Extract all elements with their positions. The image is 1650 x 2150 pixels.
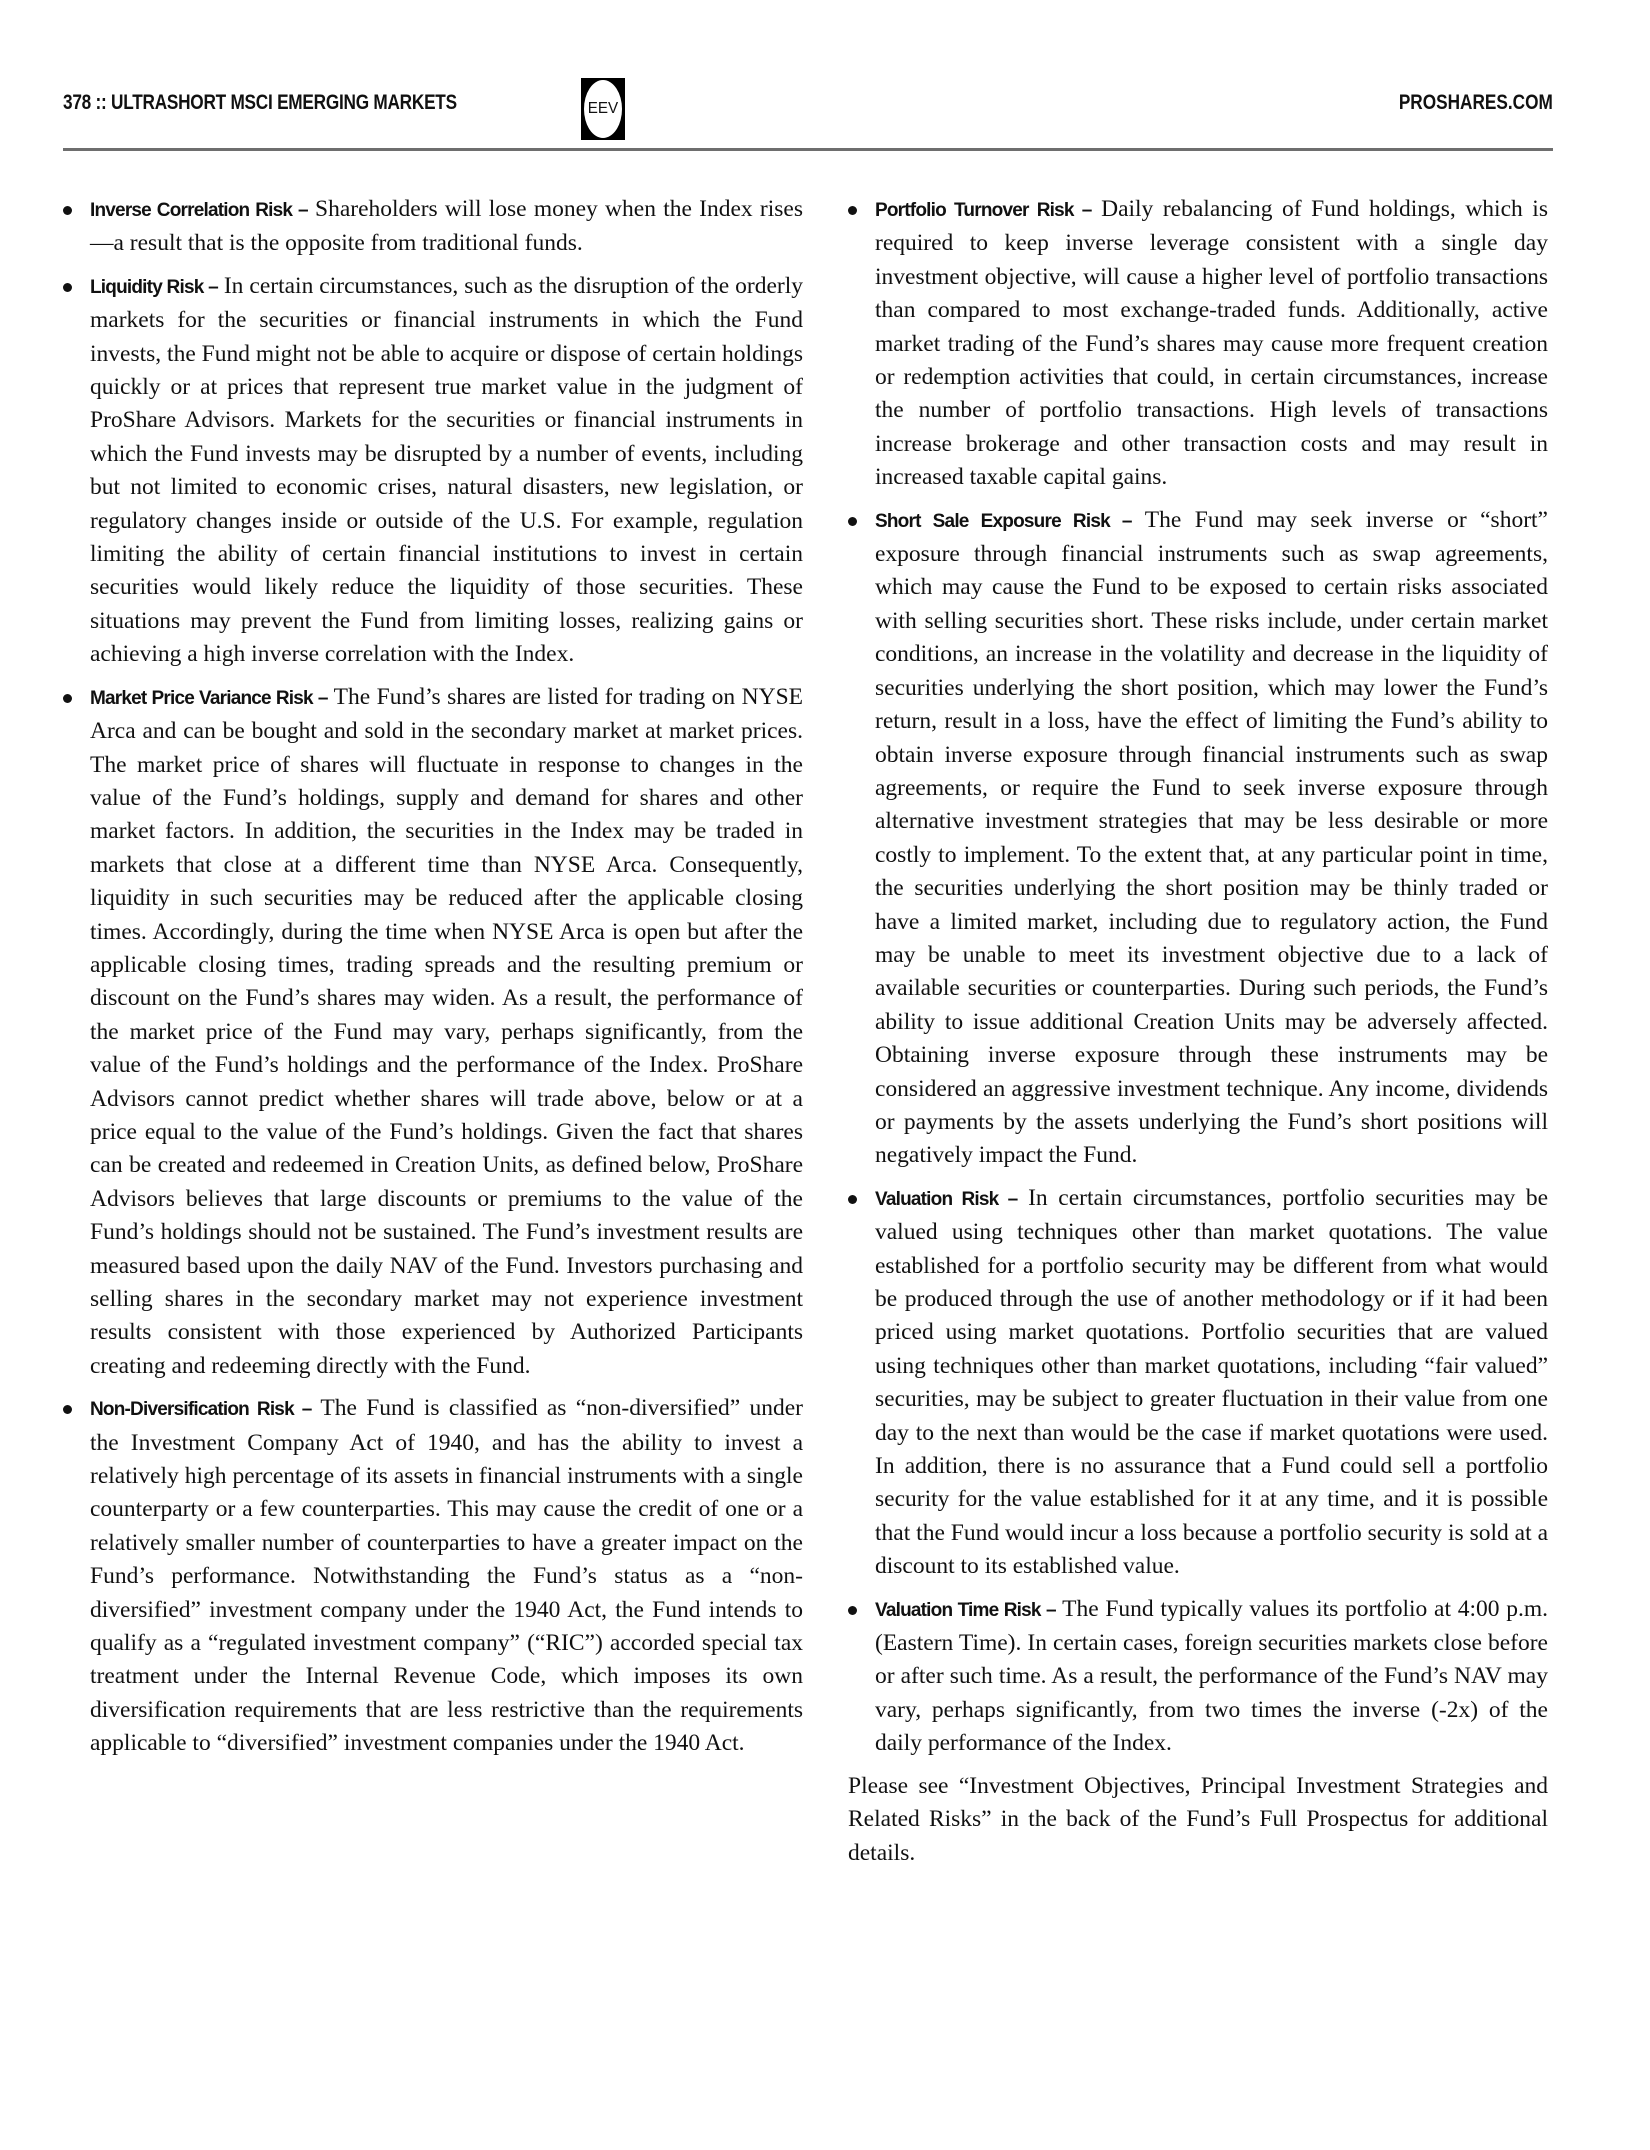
risk-item-liquidity: Liquidity Risk – In certain circumstance… [63, 270, 803, 672]
risk-item-valuation: Valuation Risk – In certain circumstance… [848, 1182, 1548, 1584]
risk-text: The Fund’s shares are listed for trading… [90, 684, 803, 1379]
bullet-icon [848, 517, 857, 526]
bullet-icon [63, 694, 72, 703]
risk-term: Inverse Correlation Risk – [90, 200, 308, 221]
page-title: 378 :: ULTRASHORT MSCI EMERGING MARKETS [63, 91, 457, 115]
header-divider [63, 148, 1553, 151]
closing-note: Please see “Investment Objectives, Princ… [848, 1770, 1548, 1870]
risk-item-valuation-time: Valuation Time Risk – The Fund typically… [848, 1593, 1548, 1761]
risk-text: In certain circumstances, such as the di… [90, 273, 803, 667]
risk-item-market-price-variance: Market Price Variance Risk – The Fund’s … [63, 681, 803, 1384]
risk-item-portfolio-turnover: Portfolio Turnover Risk – Daily rebalanc… [848, 193, 1548, 495]
risk-text: The Fund is classified as “non-diversifi… [90, 1395, 803, 1756]
bullet-icon [63, 1405, 72, 1414]
site-name: PROSHARES.COM [1399, 91, 1553, 115]
ticker-badge: EEV [581, 78, 625, 140]
risk-text: Daily rebalancing of Fund holdings, whic… [875, 196, 1548, 490]
page-header: 378 :: ULTRASHORT MSCI EMERGING MARKETS … [63, 83, 1553, 143]
risk-term: Valuation Risk – [875, 1189, 1017, 1210]
ticker-badge-label: EEV [584, 80, 622, 138]
risk-term: Short Sale Exposure Risk – [875, 511, 1132, 532]
bullet-icon [63, 206, 72, 215]
bullet-icon [848, 206, 857, 215]
right-column: Portfolio Turnover Risk – Daily rebalanc… [848, 193, 1548, 1893]
bullet-icon [63, 283, 72, 292]
risk-term: Valuation Time Risk – [875, 1600, 1056, 1621]
risk-term: Portfolio Turnover Risk – [875, 200, 1092, 221]
risk-text: The Fund may seek inverse or “short” exp… [875, 507, 1548, 1169]
bullet-icon [848, 1606, 857, 1615]
risk-item-inverse-correlation: Inverse Correlation Risk – Shareholders … [63, 193, 803, 261]
bullet-icon [848, 1195, 857, 1204]
risk-term: Non-Diversification Risk – [90, 1399, 312, 1420]
risk-text: In certain circumstances, portfolio secu… [875, 1185, 1548, 1579]
risk-item-non-diversification: Non-Diversification Risk – The Fund is c… [63, 1392, 803, 1760]
left-column: Inverse Correlation Risk – Shareholders … [63, 193, 803, 1770]
risk-term: Market Price Variance Risk – [90, 688, 328, 709]
risk-item-short-sale-exposure: Short Sale Exposure Risk – The Fund may … [848, 504, 1548, 1173]
header-left: 378 :: ULTRASHORT MSCI EMERGING MARKETS [63, 91, 543, 115]
risk-term: Liquidity Risk – [90, 277, 218, 298]
